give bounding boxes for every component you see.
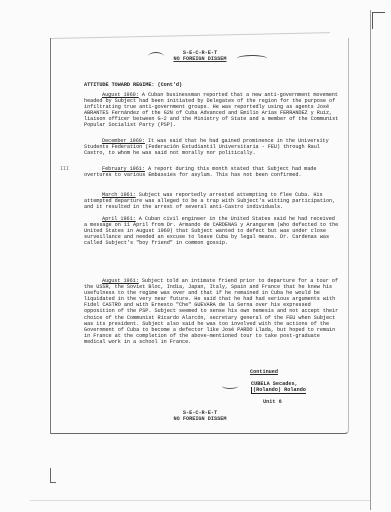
- continued-label: Continued: [250, 369, 278, 375]
- classification-footer: S-E-C-R-E-T NO FOREIGN DISSEM: [150, 410, 250, 422]
- section-title: ATTITUDE TOWARD REGIME: (Cont'd): [84, 82, 339, 88]
- scan-corner-bracket: [372, 12, 385, 29]
- scan-edge-line: [370, 10, 371, 510]
- dissem-line: NO FOREIGN DISSEM: [150, 416, 250, 422]
- paragraph-date: March 1961:: [102, 192, 136, 198]
- paragraph-date: August 1960:: [102, 92, 139, 98]
- scan-corner-bracket-bottom: [50, 468, 56, 483]
- paragraph-aug-1961: August 1961: Subject told an intimate fr…: [84, 278, 339, 345]
- paragraph-body: A Cuban businessman reported that a new …: [84, 92, 341, 128]
- paragraph-feb-1961: February 1961: A report during this mont…: [84, 166, 339, 178]
- dissem-line: NO FOREIGN DISSEM: [150, 56, 250, 62]
- unit-label: Unit 6: [263, 399, 282, 405]
- paragraph-date: April 1961:: [102, 216, 136, 222]
- subject-name-line2: (Rolando) Rolando: [251, 387, 306, 394]
- classification-header: S-E-C-R-E-T NO FOREIGN DISSEM: [150, 50, 250, 62]
- paragraph-date: August 1961:: [102, 278, 139, 284]
- paragraph-dec-1960: December 1960: It was said that he had g…: [84, 138, 339, 156]
- paragraph-apr-1961: April 1961: A Cuban civil engineer in th…: [84, 216, 339, 246]
- paragraph-date: February 1961:: [102, 166, 145, 172]
- handwritten-signature-scrawl: [222, 383, 238, 389]
- subject-name-block: CUBELA Secades, (Rolando) Rolando: [251, 381, 306, 394]
- paragraph-mar-1961: March 1961: Subject was reportedly arres…: [84, 192, 339, 210]
- scan-bottom-edge: [30, 500, 370, 501]
- paragraph-aug-1960: August 1960: A Cuban businessman reporte…: [84, 92, 339, 129]
- paragraph-date: December 1960:: [102, 138, 145, 144]
- margin-mark: III: [60, 166, 68, 174]
- paragraph-body: Subject told an intimate friend prior to…: [84, 278, 341, 345]
